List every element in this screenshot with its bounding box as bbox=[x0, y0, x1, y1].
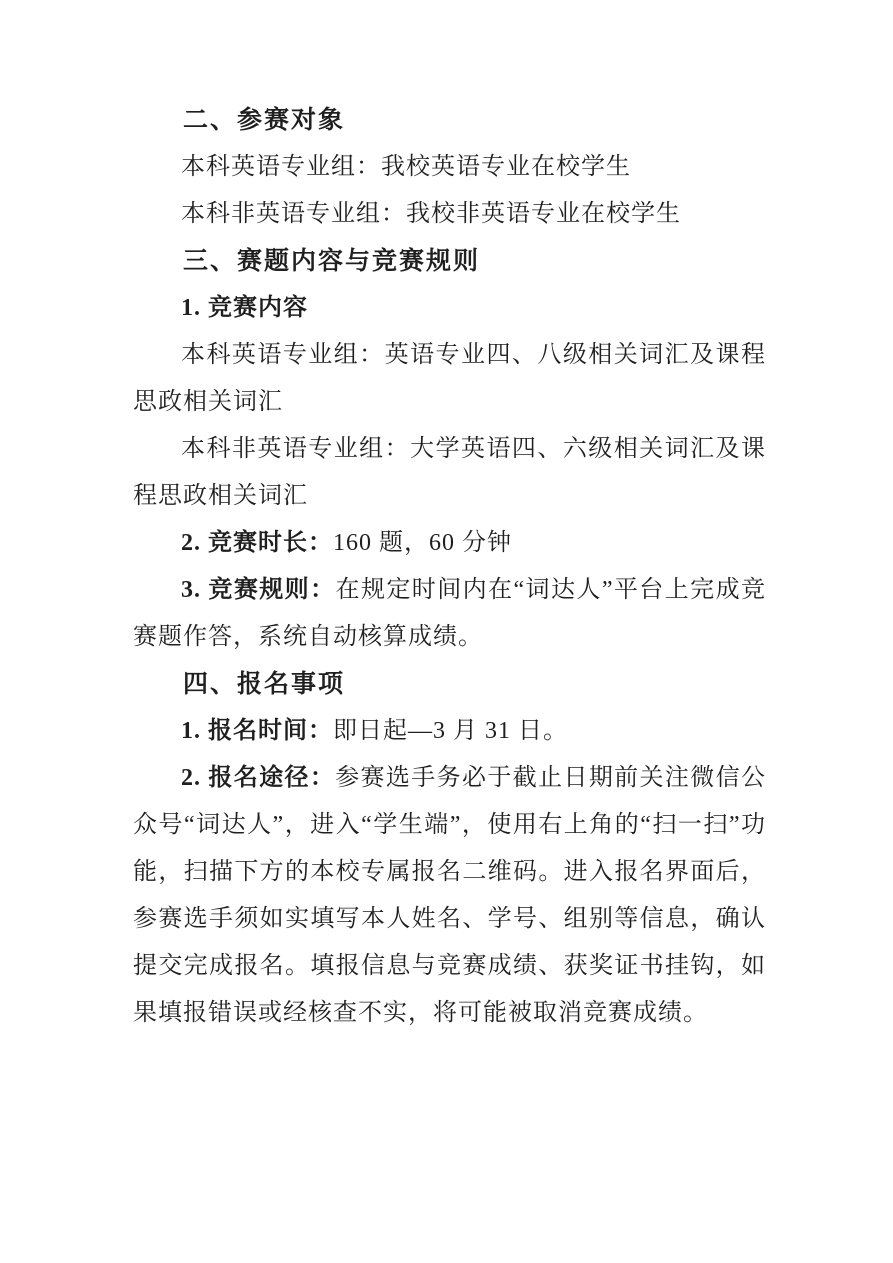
sub-heading: 1. 竞赛内容 bbox=[133, 285, 766, 332]
paragraph: 3. 竞赛规则：在规定时间内在“词达人”平台上完成竞赛题作答，系统自动核算成绩。 bbox=[133, 567, 766, 661]
paragraph: 本科英语专业组：英语专业四、八级相关词汇及课程思政相关词汇 bbox=[133, 332, 766, 426]
paragraph: 2. 竞赛时长：160 题，60 分钟 bbox=[133, 520, 766, 567]
paragraph-lead: 1. 报名时间： bbox=[181, 718, 333, 744]
paragraph: 1. 报名时间：即日起—3 月 31 日。 bbox=[133, 708, 766, 755]
section-heading: 二、参赛对象 bbox=[133, 97, 766, 144]
paragraph: 本科非英语专业组：大学英语四、六级相关词汇及课程思政相关词汇 bbox=[133, 426, 766, 520]
section-heading: 四、报名事项 bbox=[133, 661, 766, 708]
section-heading: 三、赛题内容与竞赛规则 bbox=[133, 238, 766, 285]
document-page: 二、参赛对象本科英语专业组：我校英语专业在校学生本科非英语专业组：我校非英语专业… bbox=[0, 0, 893, 1263]
document-content: 二、参赛对象本科英语专业组：我校英语专业在校学生本科非英语专业组：我校非英语专业… bbox=[133, 97, 766, 1037]
paragraph-lead: 2. 报名途径： bbox=[181, 765, 335, 791]
paragraph: 本科非英语专业组：我校非英语专业在校学生 bbox=[133, 191, 766, 238]
paragraph-lead: 2. 竞赛时长： bbox=[181, 530, 333, 556]
paragraph: 本科英语专业组：我校英语专业在校学生 bbox=[133, 144, 766, 191]
paragraph: 2. 报名途径：参赛选手务必于截止日期前关注微信公众号“词达人”，进入“学生端”… bbox=[133, 755, 766, 1037]
paragraph-lead: 3. 竞赛规则： bbox=[181, 577, 336, 603]
